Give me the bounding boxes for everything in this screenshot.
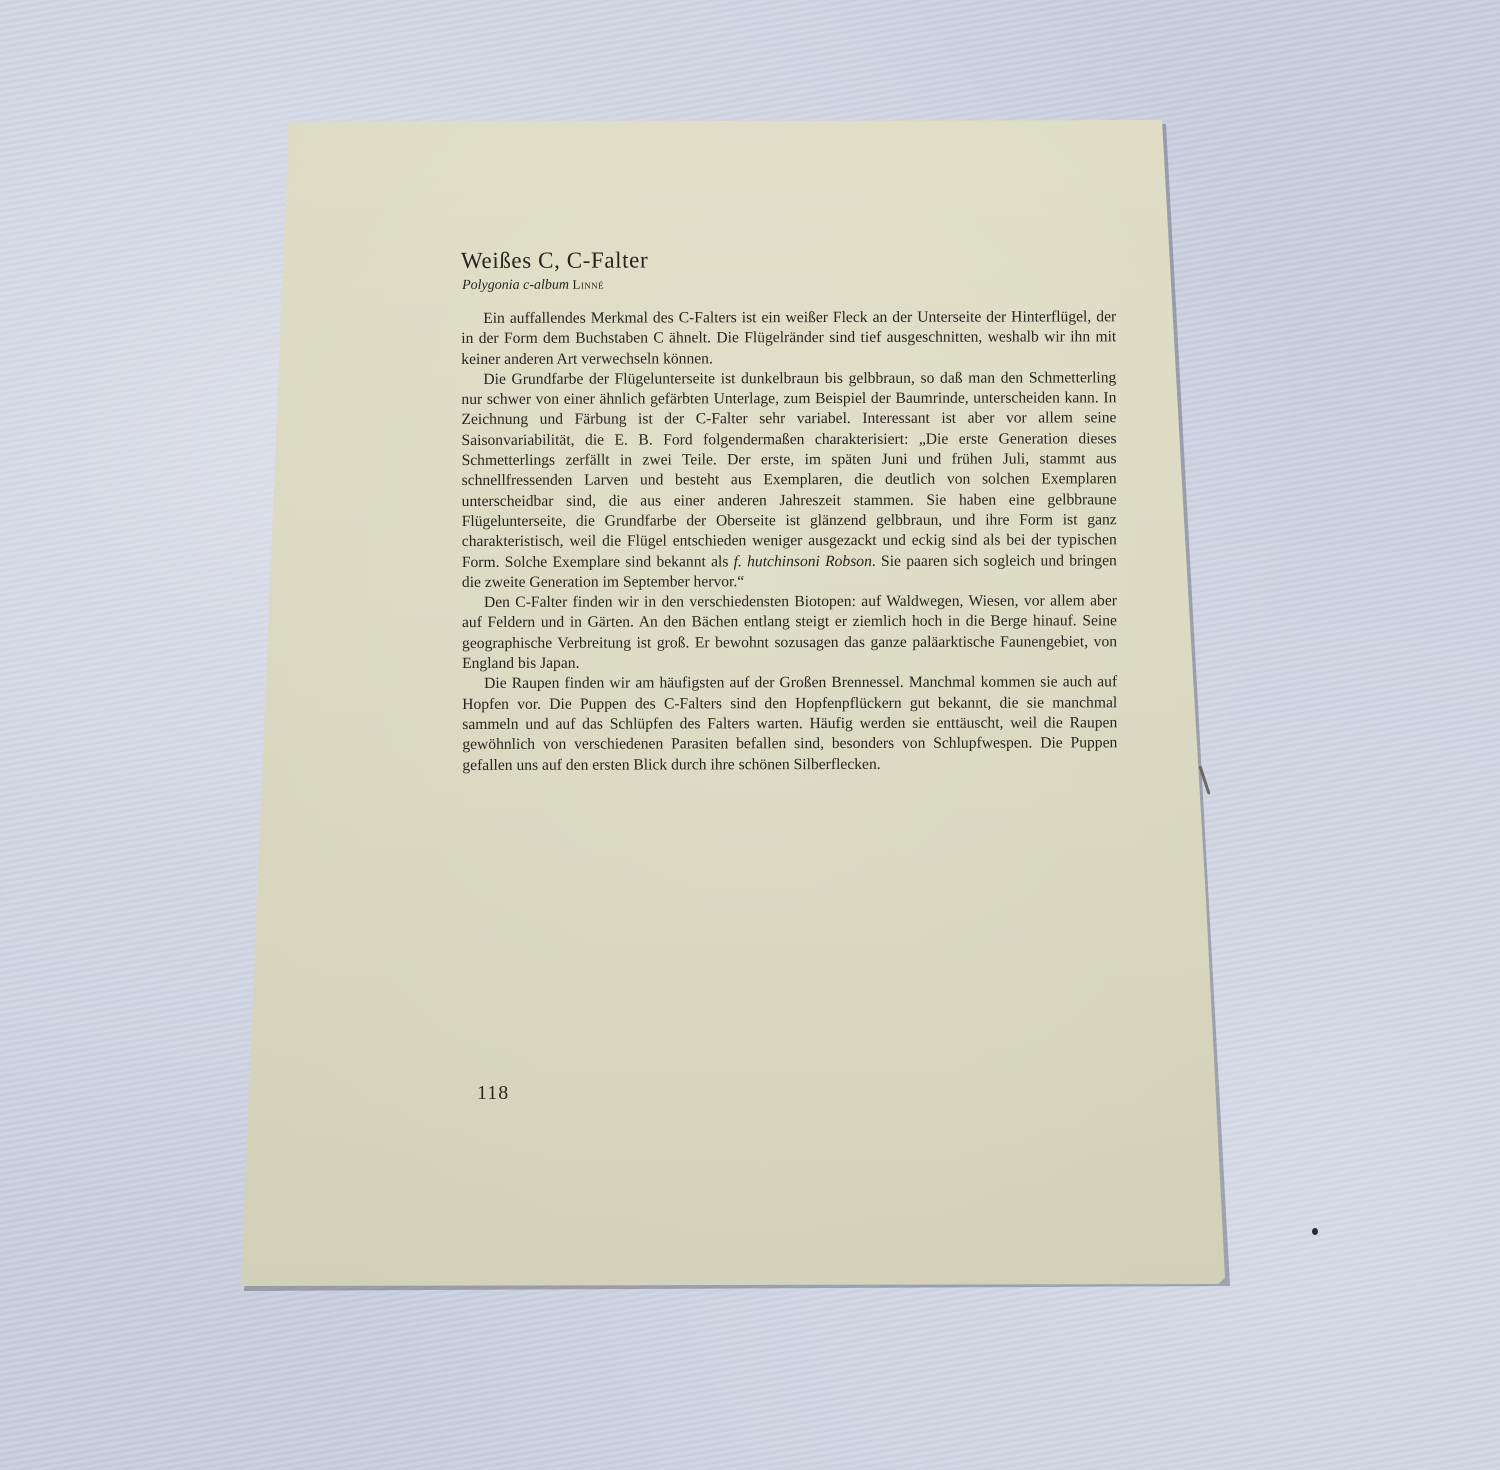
- article: Weißes C, C-Falter Polygonia c-album Lin…: [461, 244, 1117, 776]
- paragraph-2: Die Grundfarbe der Flügelunterseite ist …: [461, 368, 1117, 593]
- paragraph-4: Die Raupen finden wir am häufigsten auf …: [462, 673, 1117, 776]
- species-name: Polygonia c-album: [462, 278, 569, 293]
- lint-speck: [1312, 1228, 1318, 1235]
- paragraph-1: Ein auffallendes Merkmal des C-Falters i…: [461, 307, 1116, 370]
- species-line: Polygonia c-album Linné: [462, 274, 1116, 295]
- paragraph-3: Den C-Falter finden wir in den verschied…: [462, 591, 1117, 674]
- form-name: f. hutchinsoni Robson: [734, 552, 872, 569]
- species-author: Linné: [573, 277, 604, 292]
- page-number: 118: [477, 1082, 509, 1105]
- article-title: Weißes C, C-Falter: [461, 244, 1116, 276]
